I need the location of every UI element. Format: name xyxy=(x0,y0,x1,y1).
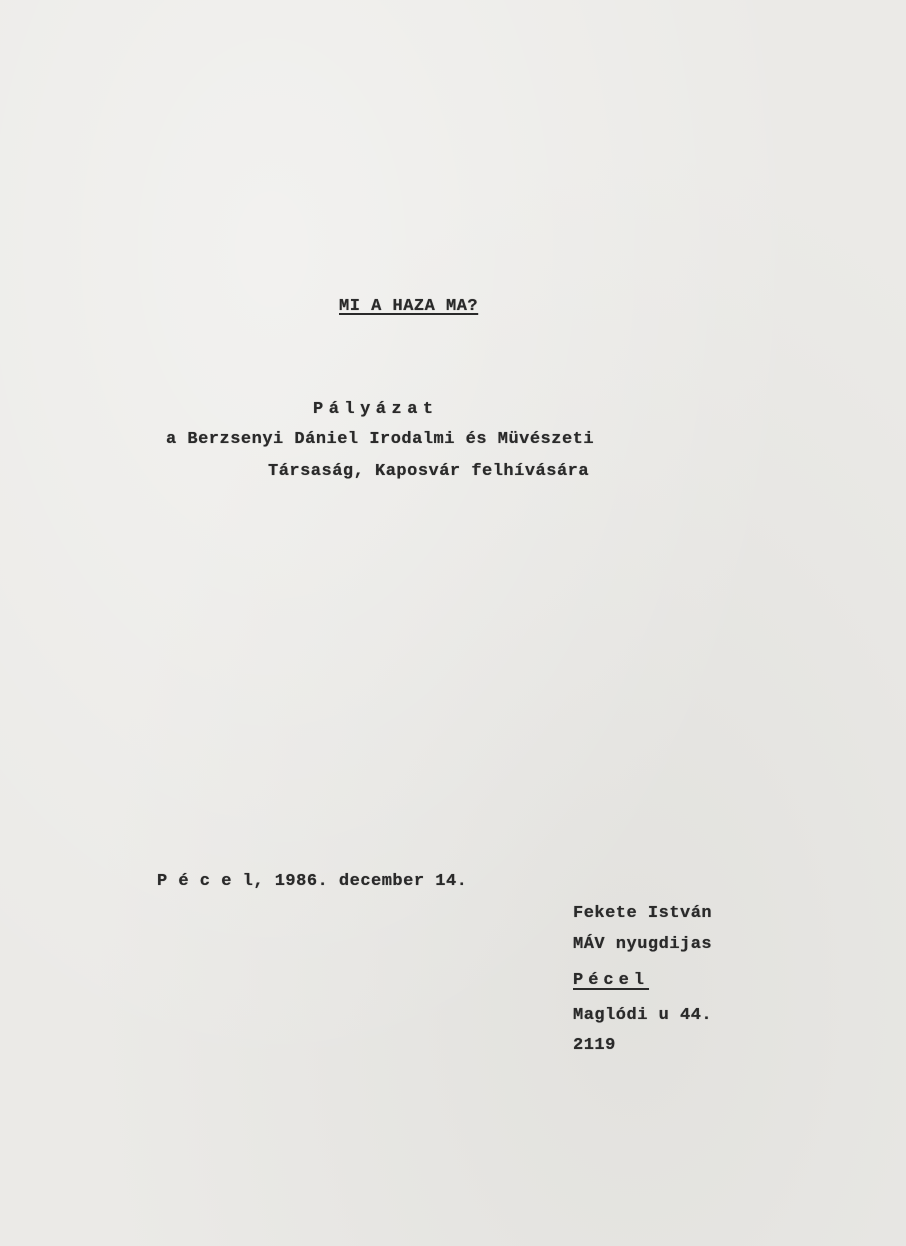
author-town: Pécel xyxy=(573,971,649,990)
typewritten-page: MI A HAZA MA? Pályázat a Berzsenyi Dánie… xyxy=(0,0,906,1246)
document-title: MI A HAZA MA? xyxy=(339,297,478,316)
author-occupation: MÁV nyugdijas xyxy=(573,935,712,954)
author-postal-code: 2119 xyxy=(573,1036,616,1055)
title-text: MI A HAZA MA xyxy=(339,297,467,316)
author-name: Fekete István xyxy=(573,904,712,923)
place-date: P é c e l, 1986. december 14. xyxy=(157,872,467,891)
heading-palyazat: Pályázat xyxy=(313,400,439,419)
author-street: Maglódi u 44. xyxy=(573,1006,712,1025)
subtitle-line-2: Társaság, Kaposvár felhívására xyxy=(268,462,589,481)
title-question-mark: ? xyxy=(467,297,478,316)
subtitle-line-1: a Berzsenyi Dániel Irodalmi és Müvészeti xyxy=(166,430,594,449)
